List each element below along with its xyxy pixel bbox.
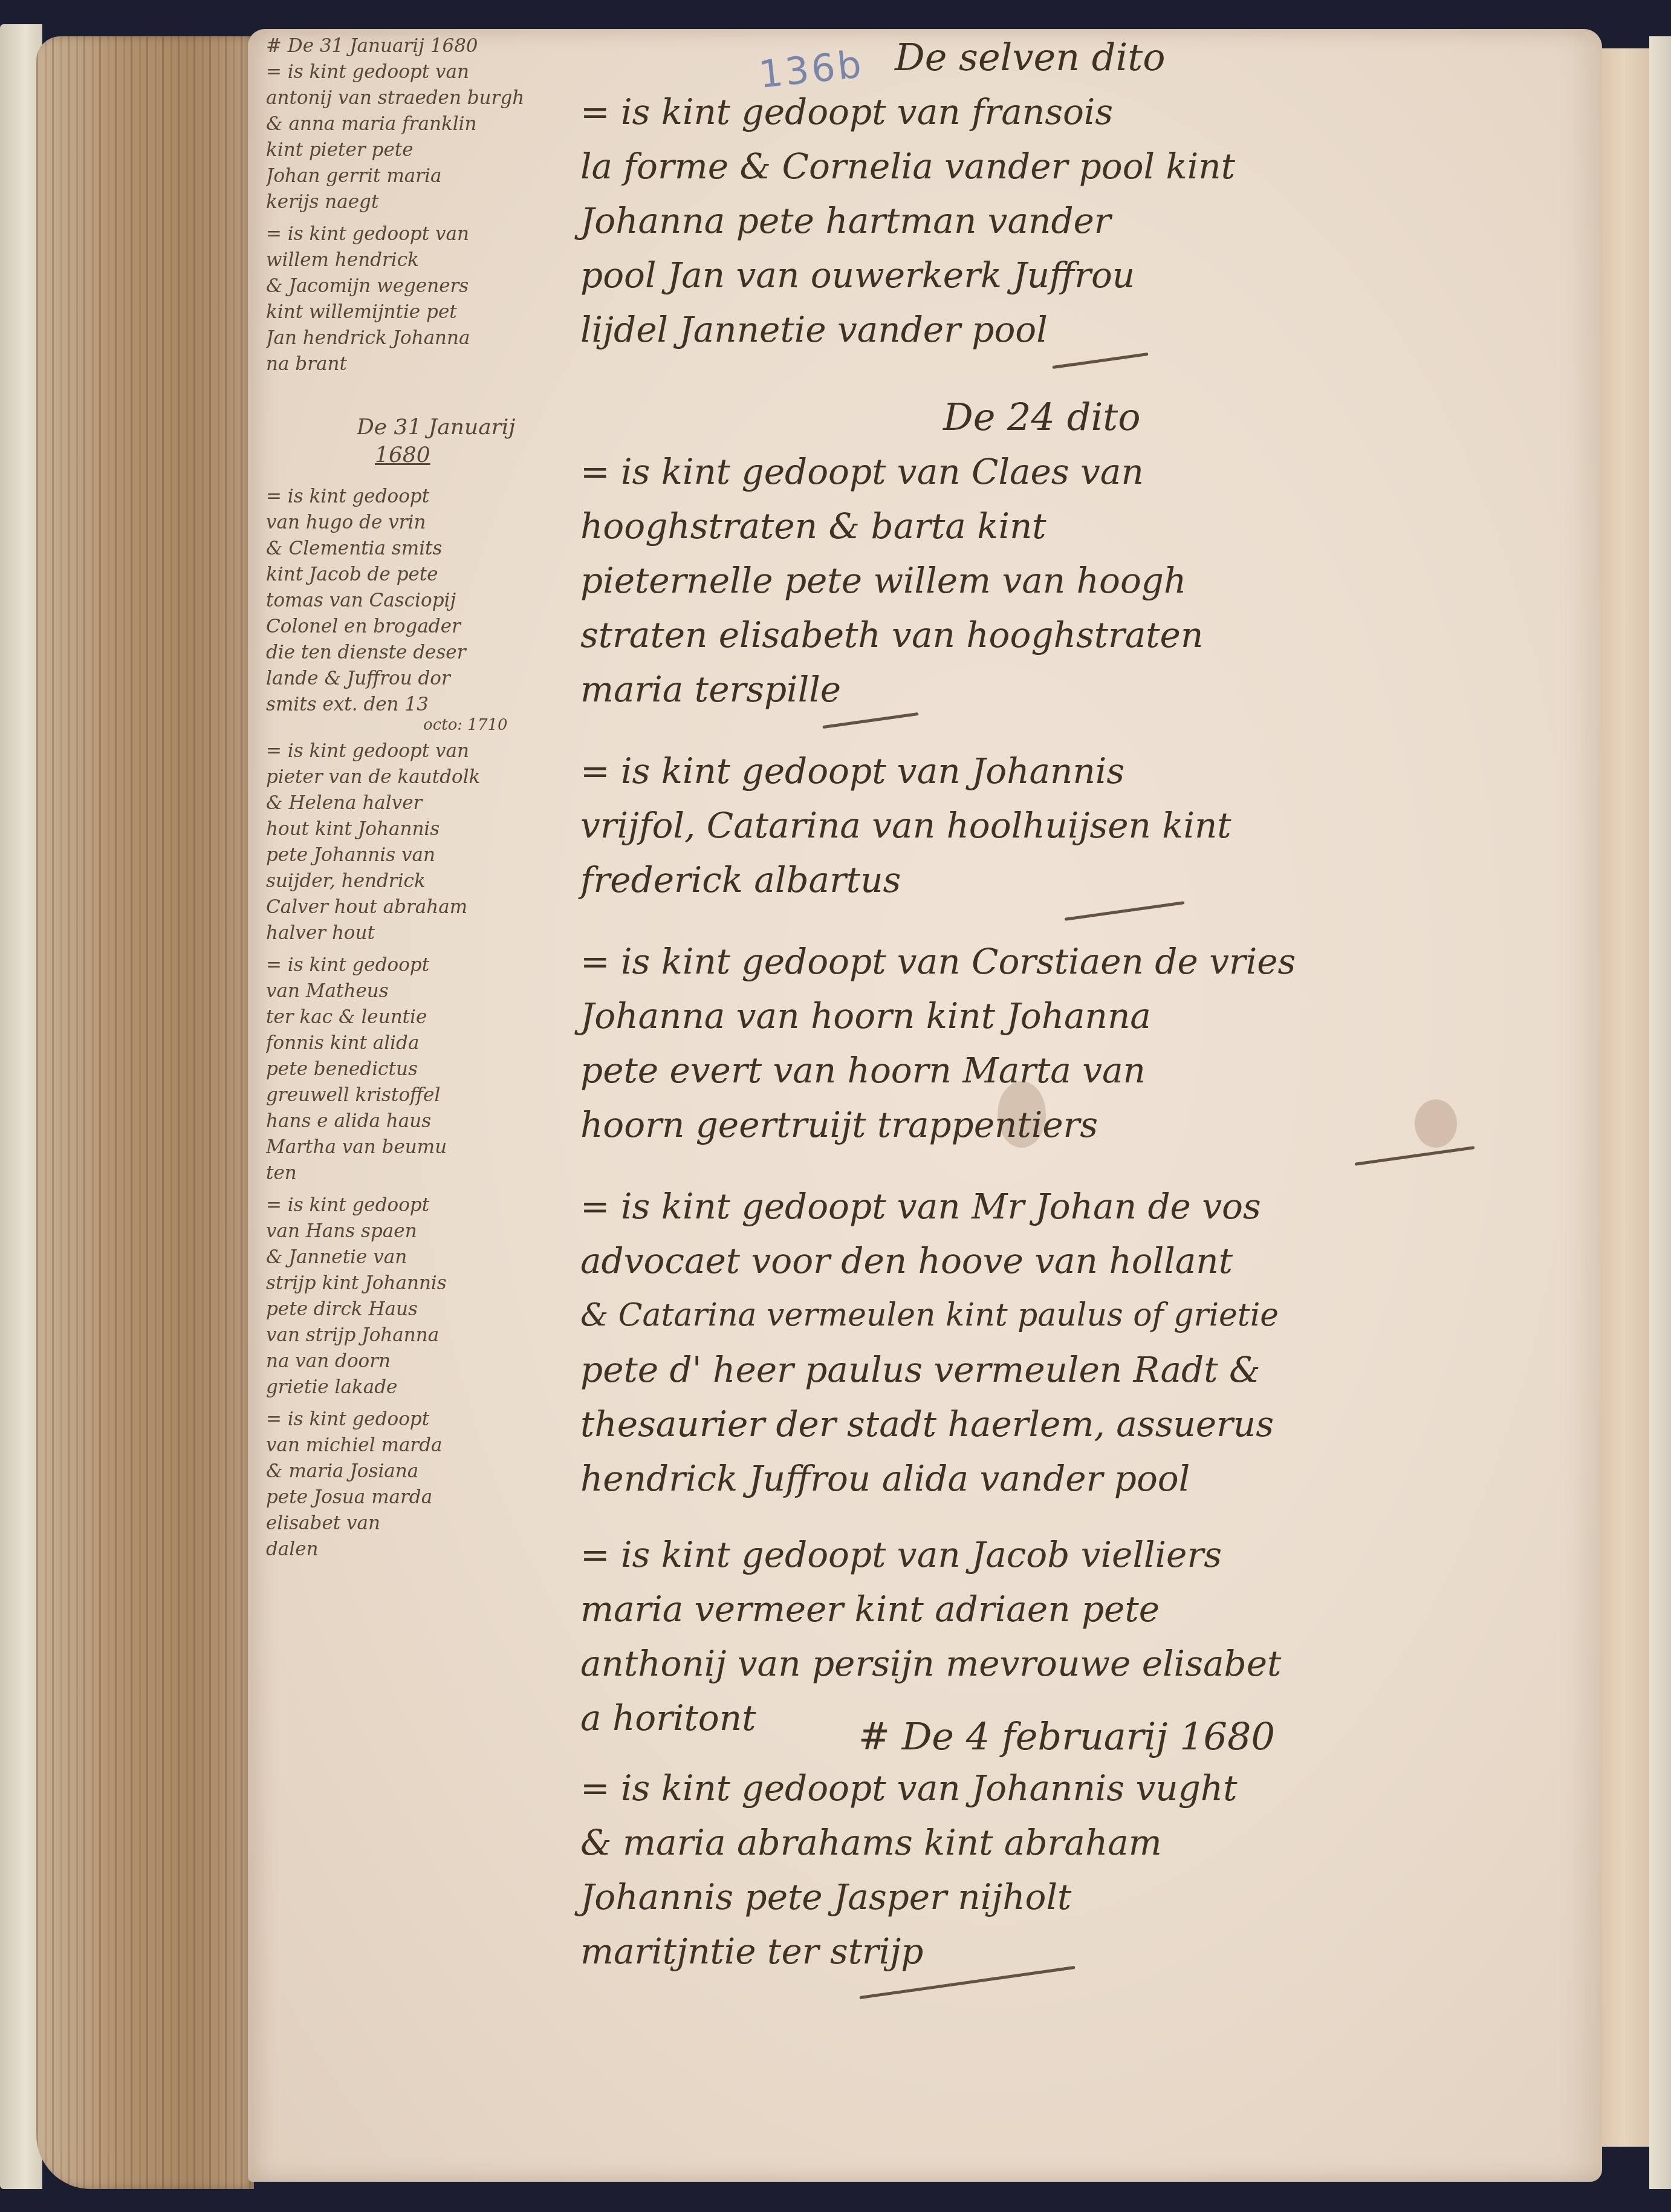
margin-line: pete benedictus	[266, 1056, 635, 1082]
main-register-entries: De selven dito = is kint gedoopt van fra…	[580, 24, 1523, 2006]
margin-line: pieter van de kautdolk	[266, 764, 635, 790]
entry-line: = is kint gedoopt van Claes van	[580, 444, 1523, 499]
entry-line: vrijfol, Catarina van hoolhuijsen kint	[580, 798, 1523, 853]
entry-line: = is kint gedoopt van Mr Johan de vos	[580, 1179, 1523, 1234]
margin-line: = is kint gedoopt	[266, 952, 635, 978]
margin-line: Johan gerrit maria	[266, 163, 635, 189]
baptism-entry: = is kint gedoopt van fransois la forme …	[580, 85, 1523, 362]
margin-line: van strijp Johanna	[266, 1322, 635, 1348]
entry-line: = is kint gedoopt van Jacob vielliers	[580, 1527, 1523, 1582]
page-gutter-right	[1596, 48, 1650, 2147]
register-section: De selven dito = is kint gedoopt van fra…	[580, 24, 1523, 362]
margin-annotations: # De 31 Januarij 1680 = is kint gedoopt …	[266, 33, 635, 1569]
margin-line: van Matheus	[266, 978, 635, 1004]
margin-line: & Jannetie van	[266, 1244, 635, 1270]
margin-line: halver hout	[266, 920, 635, 946]
margin-line: kerijs naegt	[266, 189, 635, 215]
margin-date-heading: De 31 Januarij 1680	[266, 414, 635, 469]
margin-line: pete Josua marda	[266, 1485, 635, 1511]
margin-line: & maria Josiana	[266, 1459, 635, 1485]
margin-line: kint willemijntie pet	[266, 299, 635, 325]
entry-line: = is kint gedoopt van Johannis vught	[580, 1761, 1523, 1815]
margin-line: fonnis kint alida	[266, 1030, 635, 1056]
margin-line: & Jacomijn wegeners	[266, 273, 635, 299]
margin-line: kint Jacob de pete	[266, 562, 635, 588]
margin-line: grietie lakade	[266, 1374, 635, 1400]
baptism-entry: = is kint gedoopt van Jacob vielliers ma…	[580, 1527, 1523, 1745]
margin-line: smits ext. den 13	[266, 692, 635, 718]
register-section: De 24 dito = is kint gedoopt van Claes v…	[580, 384, 1523, 1745]
entry-line: Johanna pete hartman vander	[580, 194, 1523, 248]
margin-line: ten	[266, 1160, 635, 1186]
margin-line: antonij van straeden burgh	[266, 85, 635, 111]
margin-line: van hugo de vrin	[266, 510, 635, 536]
margin-line: strijp kint Johannis	[266, 1270, 635, 1296]
entry-line: la forme & Cornelia vander pool kint	[580, 139, 1523, 194]
margin-line: tomas van Casciopij	[266, 588, 635, 614]
entry-line: straten elisabeth van hooghstraten	[580, 608, 1523, 662]
margin-line: Colonel en brogader	[266, 614, 635, 640]
margin-line: = is kint gedoopt van	[266, 738, 635, 764]
entry-line: pool Jan van ouwerkerk Juffrou	[580, 248, 1523, 302]
entry-line: = is kint gedoopt van fransois	[580, 85, 1523, 139]
entry-line: hooghstraten & barta kint	[580, 499, 1523, 553]
entry-line: hoorn geertruijt trappentiers	[580, 1098, 1523, 1152]
margin-line: & Clementia smits	[266, 536, 635, 562]
book-cover-right	[1649, 36, 1671, 2189]
entry-line: anthonij van persijn mevrouwe elisabet	[580, 1636, 1523, 1691]
entry-line: pete d' heer paulus vermeulen Radt &	[580, 1342, 1523, 1397]
margin-line: Jan hendrick Johanna	[266, 325, 635, 351]
entry-line: pete evert van hoorn Marta van	[580, 1043, 1523, 1098]
entry-line: maria vermeer kint adriaen pete	[580, 1582, 1523, 1636]
margin-entry: = is kint gedoopt van pieter van de kaut…	[266, 738, 635, 946]
baptism-entry: = is kint gedoopt van Claes van hooghstr…	[580, 444, 1523, 722]
margin-line: = is kint gedoopt	[266, 1192, 635, 1218]
entry-line: maria terspille	[580, 662, 1523, 717]
margin-entry: # De 31 Januarij 1680 = is kint gedoopt …	[266, 33, 635, 215]
margin-line: Martha van beumu	[266, 1134, 635, 1160]
entry-line: pieternelle pete willem van hoogh	[580, 553, 1523, 608]
margin-line: = is kint gedoopt van	[266, 59, 635, 85]
margin-line: octo: 1710	[266, 718, 635, 732]
margin-line: na brant	[266, 351, 635, 377]
margin-line: lande & Juffrou dor	[266, 666, 635, 692]
margin-entry: = is kint gedoopt van hugo de vrin & Cle…	[266, 484, 635, 732]
margin-entry: = is kint gedoopt van Hans spaen & Janne…	[266, 1192, 635, 1400]
margin-line: # De 31 Januarij 1680	[266, 33, 635, 59]
margin-line: & anna maria franklin	[266, 111, 635, 137]
entry-line: hendrick Juffrou alida vander pool	[580, 1451, 1523, 1506]
margin-line: = is kint gedoopt van	[266, 221, 635, 247]
margin-line: dalen	[266, 1537, 635, 1563]
entry-line: advocaet voor den hoove van hollant	[580, 1234, 1523, 1288]
entry-line: Johanna van hoorn kint Johanna	[580, 989, 1523, 1043]
margin-line: pete Johannis van	[266, 842, 635, 868]
margin-line: Calver hout abraham	[266, 894, 635, 920]
margin-entry: = is kint gedoopt van michiel marda & ma…	[266, 1407, 635, 1563]
section-date-heading: De selven dito	[580, 24, 1523, 85]
margin-entry: = is kint gedoopt van willem hendrick & …	[266, 221, 635, 377]
margin-line: ter kac & leuntie	[266, 1004, 635, 1030]
register-section: # De 4 februarij 1680 = is kint gedoopt …	[580, 1713, 1523, 1984]
margin-line: willem hendrick	[266, 247, 635, 273]
margin-line: greuwell kristoffel	[266, 1082, 635, 1108]
margin-line: van Hans spaen	[266, 1218, 635, 1244]
margin-line: na van doorn	[266, 1348, 635, 1374]
entry-line: & Catarina vermeulen kint paulus of grie…	[580, 1288, 1523, 1342]
margin-line: = is kint gedoopt	[266, 484, 635, 510]
margin-line: hout kint Johannis	[266, 816, 635, 842]
margin-line: elisabet van	[266, 1511, 635, 1537]
entry-line: frederick albartus	[580, 853, 1523, 907]
entry-line: & maria abrahams kint abraham	[580, 1815, 1523, 1870]
baptism-entry: = is kint gedoopt van Mr Johan de vos ad…	[580, 1179, 1523, 1506]
section-date-heading: De 24 dito	[580, 384, 1523, 444]
baptism-entry: = is kint gedoopt van Johannis vrijfol, …	[580, 744, 1523, 912]
entry-line: Johannis pete Jasper nijholt	[580, 1870, 1523, 1924]
margin-line: suijder, hendrick	[266, 868, 635, 894]
page-fore-edge-stack	[36, 36, 254, 2189]
margin-line: van michiel marda	[266, 1433, 635, 1459]
entry-line: = is kint gedoopt van Corstiaen de vries	[580, 934, 1523, 989]
margin-line: die ten dienste deser	[266, 640, 635, 666]
entry-line: a horitont	[580, 1691, 1523, 1745]
baptism-entry: = is kint gedoopt van Johannis vught & m…	[580, 1761, 1523, 1984]
entry-line: thesaurier der stadt haerlem, assuerus	[580, 1397, 1523, 1451]
margin-line: kint pieter pete	[266, 137, 635, 163]
entry-line: = is kint gedoopt van Johannis	[580, 744, 1523, 798]
baptism-entry: = is kint gedoopt van Corstiaen de vries…	[580, 934, 1523, 1157]
margin-line: & Helena halver	[266, 790, 635, 816]
margin-entry: = is kint gedoopt van Matheus ter kac & …	[266, 952, 635, 1186]
margin-line: pete dirck Haus	[266, 1296, 635, 1322]
margin-line: hans e alida haus	[266, 1108, 635, 1134]
margin-line: = is kint gedoopt	[266, 1407, 635, 1433]
entry-line: lijdel Jannetie vander pool	[580, 302, 1523, 357]
